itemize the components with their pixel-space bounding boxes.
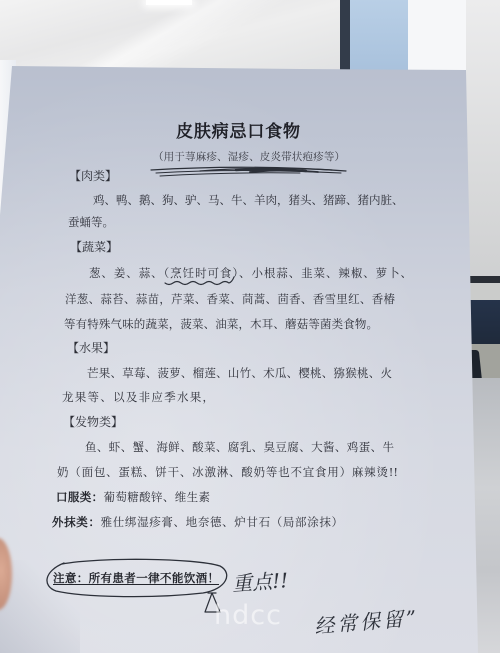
emphasis-handwriting: 重点!! (231, 564, 289, 597)
oral-medication-text: 葡萄糖酸锌、维生素 (104, 490, 211, 504)
meat-line-2: 蚕蛹等。 (68, 214, 114, 230)
section-heading-trigger-foods: 【发物类】 (63, 414, 123, 430)
vegetables-line-1-after: 、小根蒜、韭菜、辣椒、萝卜、 (239, 266, 412, 280)
document-title: 皮肤病忌口食物 (176, 121, 300, 143)
fruit-line-1: 芒果、草莓、菠萝、榴莲、山竹、术瓜、樱桃、猕猴桃、火 (87, 365, 392, 381)
wall-background (466, 0, 500, 280)
cooked-ok-annotation: （烹饪时可食） (164, 266, 239, 280)
oral-medication-label: 口服类： (56, 490, 104, 504)
vegetables-line-3: 等有特殊气味的蔬菜，菠菜、油菜，木耳、蘑菇等菌类食物。 (64, 316, 378, 332)
no-alcohol-warning: 注意：所有患者一律不能饮酒！ (53, 570, 219, 586)
fruit-line-2: 龙果等、以及非应季水果， (62, 389, 214, 405)
trigger-foods-line-2: 奶（面包、蛋糕、饼干、冰激淋、酸奶等也不宜食用）麻辣烫!! (57, 464, 398, 480)
section-heading-fruit: 【水果】 (67, 340, 115, 356)
window-daylight (408, 0, 468, 74)
section-heading-vegetables: 【蔬菜】 (70, 239, 118, 255)
watermark: hdcc (214, 600, 282, 631)
section-heading-meat: 【肉类】 (69, 168, 117, 184)
window-glass (350, 0, 408, 74)
ceiling-lamp (146, 0, 192, 5)
office-chair-seat (466, 283, 500, 301)
vegetables-line-1-before: 葱、姜、蒜、 (89, 266, 164, 280)
document-subtitle: （用于荨麻疹、湿疹、皮炎带状疱疹等） (153, 150, 345, 164)
oral-medication-line: 口服类：葡萄糖酸锌、维生素 (56, 489, 210, 505)
vegetables-line-2: 洋葱、蒜苔、蒜苗，芹菜、香菜、茼蒿、茴香、香雪里红、香椿 (65, 291, 395, 307)
topical-medication-text: 雅仕绑湿疹膏、地奈德、炉甘石（局部涂抹） (101, 515, 343, 529)
meat-line-1: 鸡、鸭、鹅、狗、驴、马、牛、羊肉，猪头、猪蹄、猪内脏、 (93, 192, 389, 208)
topical-medication-line: 外抹类：雅仕绑湿疹膏、地奈德、炉甘石（局部涂抹） (52, 514, 343, 530)
topical-medication-label: 外抹类： (52, 515, 101, 529)
office-chair-armrest (466, 276, 500, 283)
trigger-foods-line-1: 鱼、虾、蟹、海鲜、酸菜、腐乳、臭豆腐、大酱、鸡蛋、牛 (85, 439, 394, 455)
window-frame (340, 0, 350, 74)
vegetables-line-1: 葱、姜、蒜、（烹饪时可食）、小根蒜、韭菜、辣椒、萝卜、 (89, 265, 412, 281)
